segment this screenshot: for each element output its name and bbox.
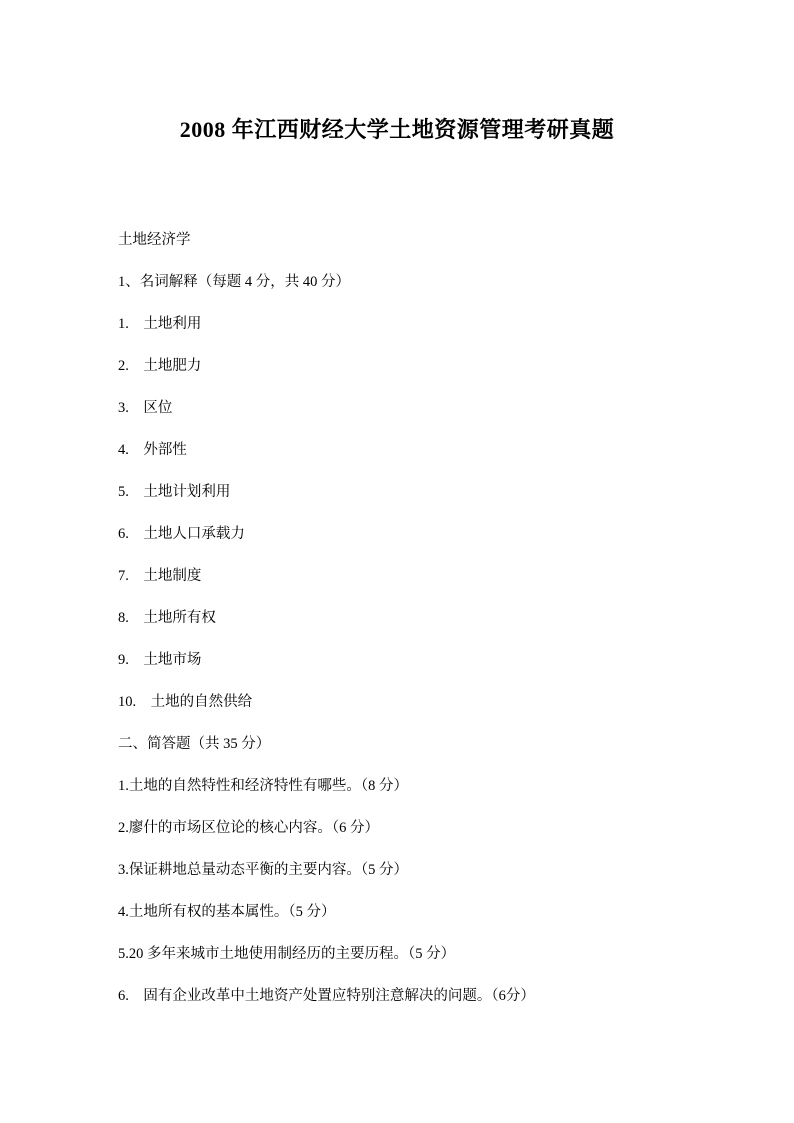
question-item-1: 1. 土地利用 (118, 303, 684, 345)
short-answer-item-3: 3.保证耕地总量动态平衡的主要内容。（5 分） (118, 849, 684, 891)
question-item-8: 8. 土地所有权 (118, 597, 684, 639)
question-item-3: 3. 区位 (118, 387, 684, 429)
section-2-heading: 二、简答题（共 35 分） (118, 723, 684, 765)
question-item-6: 6. 土地人口承载力 (118, 513, 684, 555)
section-1-heading: 1、名词解释（每题 4 分，共 40 分） (118, 261, 684, 303)
short-answer-item-5: 5.20 多年来城市土地使用制经历的主要历程。（5 分） (118, 933, 684, 975)
short-answer-item-1: 1.土地的自然特性和经济特性有哪些。（8 分） (118, 765, 684, 807)
subject-heading: 土地经济学 (118, 219, 684, 261)
question-item-7: 7. 土地制度 (118, 555, 684, 597)
question-item-2: 2. 土地肥力 (118, 345, 684, 387)
short-answer-item-2: 2.廖什的市场区位论的核心内容。（6 分） (118, 807, 684, 849)
question-item-9: 9. 土地市场 (118, 639, 684, 681)
short-answer-item-4: 4.土地所有权的基本属性。（5 分） (118, 891, 684, 933)
question-item-4: 4. 外部性 (118, 429, 684, 471)
short-answer-item-6: 6. 固有企业改革中土地资产处置应特别注意解决的问题。（6分） (118, 975, 684, 1017)
question-item-5: 5. 土地计划利用 (118, 471, 684, 513)
document-body: 土地经济学 1、名词解释（每题 4 分，共 40 分） 1. 土地利用 2. 土… (118, 219, 684, 1017)
document-title: 2008 年江西财经大学土地资源管理考研真题 (0, 116, 794, 144)
question-item-10: 10. 土地的自然供给 (118, 681, 684, 723)
document-page: 2008 年江西财经大学土地资源管理考研真题 土地经济学 1、名词解释（每题 4… (0, 0, 794, 1123)
